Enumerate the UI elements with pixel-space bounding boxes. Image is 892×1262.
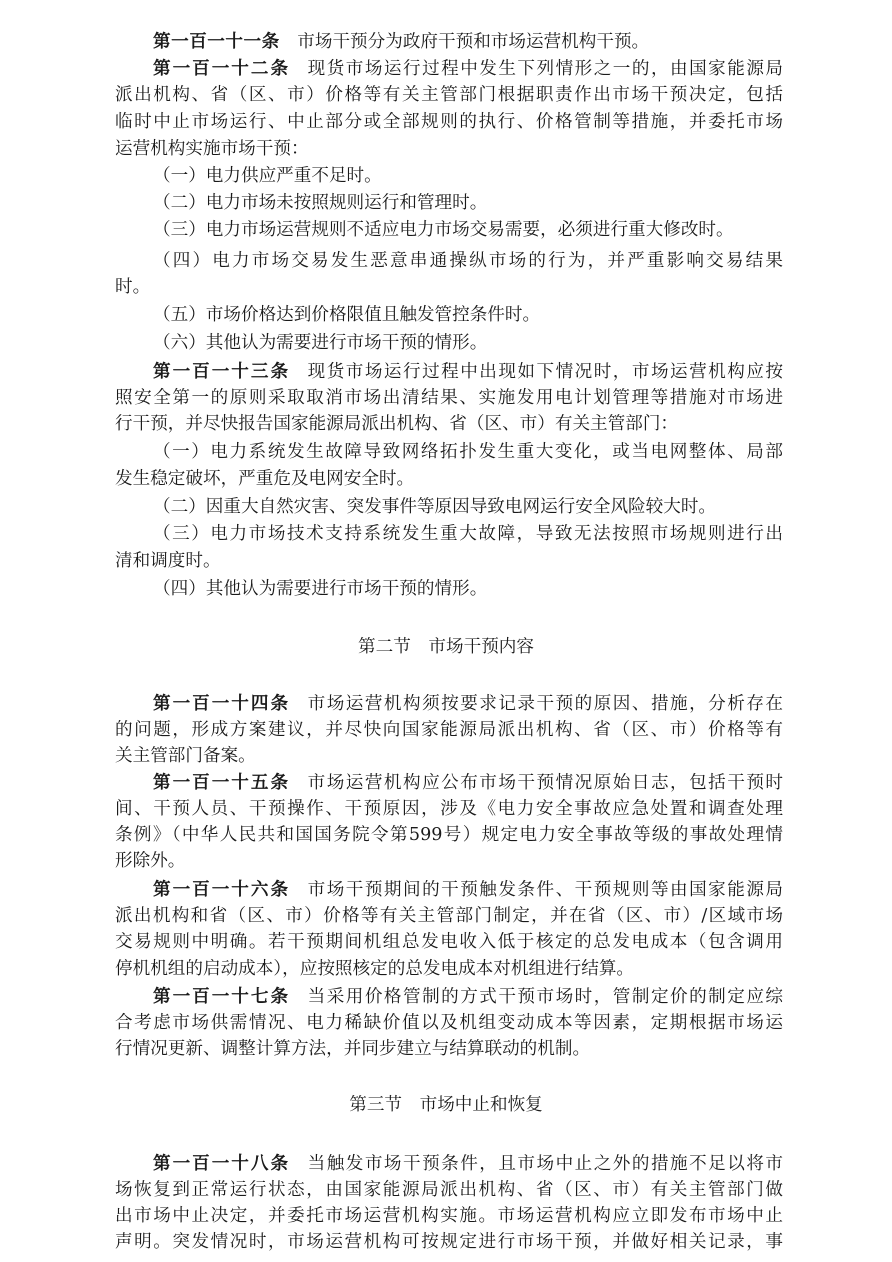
section-number: 第三节 [349,1095,402,1115]
article-text-line: 派出机构、省（区、市）价格等有关主管部门根据职责作出市场干预决定，包括 [115,82,783,109]
article-112: 第一百一十二条现货市场运行过程中发生下列情形之一的，由国家能源局 [153,55,783,82]
list-item: （四）其他认为需要进行市场干预的情形。 [153,576,783,603]
article-text-line: 合考虑市场供需情况、电力稀缺价值以及机组变动成本等因素，定期根据市场运 [115,1010,783,1037]
article-text: 市场运营机构须按要求记录干预的原因、措施，分析存在 [308,694,783,714]
article-number: 第一百一十七条 [153,986,290,1007]
list-item: （二）因重大自然灾害、突发事件等原因导致电网运行安全风险较大时。 [153,494,783,521]
document-page: 第一百一十一条市场干预分为政府干预和市场运营机构干预。 第一百一十二条现货市场运… [0,0,892,1262]
article-text-line: 派出机构和省（区、市）价格等有关主管部门制定，并在省（区、市）/区域市场 [115,903,783,930]
article-text: 市场干预分为政府干预和市场运营机构干预。 [297,32,649,52]
list-item-continuation: 清和调度时。 [115,548,783,575]
article-text: 现货市场运行过程中发生下列情形之一的，由国家能源局 [308,59,783,79]
article-text: 现货市场运行过程中出现如下情况时，市场运营机构应按 [308,362,783,382]
article-number: 第一百一十八条 [153,1153,290,1174]
list-item: （一）电力供应严重不足时。 [153,163,783,190]
list-item: （五）市场价格达到价格限值且触发管控条件时。 [153,302,783,329]
section-title: 市场中止和恢复 [420,1095,543,1115]
list-item: （三）电力市场运营规则不适应电力市场交易需要，必须进行重大修改时。 [153,217,783,244]
list-item-continuation: 时。 [115,274,783,301]
article-115: 第一百一十五条市场运营机构应公布市场干预情况原始日志，包括干预时 [153,769,783,796]
article-text-line: 形除外。 [115,848,783,875]
article-text: 市场干预期间的干预触发条件、干预规则等由国家能源局 [308,880,783,900]
list-item-continuation: 发生稳定破坏，严重危及电网安全时。 [115,466,783,493]
article-text-line: 声明。突发情况时，市场运营机构可按规定进行市场干预，并做好相关记录，事 [115,1229,783,1256]
article-text-line: 的问题，形成方案建议，并尽快向国家能源局派出机构、省（区、市）价格等有 [115,717,783,744]
article-text: 当触发市场干预条件，且市场中止之外的措施不足以将市 [308,1154,783,1174]
article-118: 第一百一十八条当触发市场干预条件，且市场中止之外的措施不足以将市 [153,1150,783,1177]
article-text-line: 场恢复到正常运行状态，由国家能源局派出机构、省（区、市）有关主管部门做 [115,1177,783,1204]
section-title: 市场干预内容 [428,637,534,657]
article-113: 第一百一十三条现货市场运行过程中出现如下情况时，市场运营机构应按 [153,358,783,385]
article-number: 第一百一十二条 [153,58,290,79]
article-text-line: 停机机组的启动成本），应按照核定的总发电成本对机组进行结算。 [115,956,783,983]
article-number: 第一百一十六条 [153,879,290,900]
list-item: （六）其他认为需要进行市场干预的情形。 [153,330,783,357]
article-text-line: 行干预，并尽快报告国家能源局派出机构、省（区、市）有关主管部门： [115,411,783,438]
article-text-line: 行情况更新、调整计算方法，并同步建立与结算联动的机制。 [115,1036,783,1063]
article-number: 第一百一十三条 [153,361,290,382]
article-number: 第一百一十五条 [153,772,290,793]
article-text-line: 条例》（中华人民共和国国务院令第599号）规定电力安全事故等级的事故处理情 [115,822,783,849]
list-item: （三）电力市场技术支持系统发生重大故障，导致无法按照市场规则进行出 [153,521,783,548]
article-text-line: 临时中止市场运行、中止部分或全部规则的执行、价格管制等措施，并委托市场 [115,109,783,136]
list-item: （一）电力系统发生故障导致网络拓扑发生重大变化，或当电网整体、局部 [153,439,783,466]
article-text-line: 运营机构实施市场干预： [115,136,783,163]
article-number: 第一百一十四条 [153,693,290,714]
article-text: 市场运营机构应公布市场干预情况原始日志，包括干预时 [308,773,783,793]
article-text: 当采用价格管制的方式干预市场时，管制定价的制定应综 [308,987,783,1007]
article-text-line: 出市场中止决定，并委托市场运营机构实施。市场运营机构应立即发布市场中止 [115,1203,783,1230]
article-116: 第一百一十六条市场干预期间的干预触发条件、干预规则等由国家能源局 [153,876,783,903]
article-114: 第一百一十四条市场运营机构须按要求记录干预的原因、措施，分析存在 [153,690,783,717]
section-heading-2: 第二节市场干预内容 [0,634,892,661]
section-heading-3: 第三节市场中止和恢复 [0,1092,892,1119]
list-item: （二）电力市场未按照规则运行和管理时。 [153,190,783,217]
article-text-line: 间、干预人员、干预操作、干预原因，涉及《电力安全事故应急处置和调查处理 [115,796,783,823]
article-text-line: 照安全第一的原则采取取消市场出清结果、实施发用电计划管理等措施对市场进 [115,385,783,412]
article-117: 第一百一十七条当采用价格管制的方式干预市场时，管制定价的制定应综 [153,983,783,1010]
article-number: 第一百一十一条 [153,31,280,52]
article-111: 第一百一十一条市场干预分为政府干预和市场运营机构干预。 [153,28,783,55]
list-item: （四）电力市场交易发生恶意串通操纵市场的行为，并严重影响交易结果 [153,248,783,275]
section-number: 第二节 [358,637,411,657]
article-text-line: 关主管部门备案。 [115,743,783,770]
article-text-line: 交易规则中明确。若干预期间机组总发电收入低于核定的总发电成本（包含调用 [115,929,783,956]
